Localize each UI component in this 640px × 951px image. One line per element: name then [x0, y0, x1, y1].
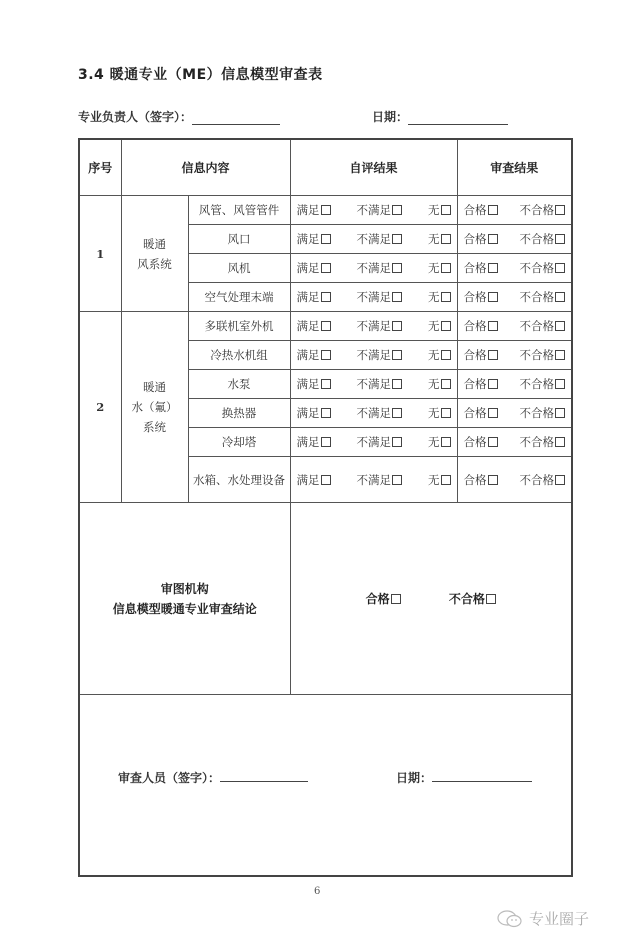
option-label: 合格: [464, 318, 487, 334]
option-label: 满足: [297, 472, 320, 488]
self-eval-option[interactable]: 不满足: [357, 231, 403, 247]
system-name-line: 系统: [122, 417, 188, 437]
review-options: 合格不合格: [457, 341, 572, 370]
header-date-line[interactable]: [408, 112, 508, 125]
option-label: 不合格: [520, 289, 555, 305]
checkbox[interactable]: [441, 350, 451, 360]
item-name: 空气处理末端: [188, 283, 290, 312]
review-option[interactable]: 合格: [464, 434, 498, 450]
review-option[interactable]: 合格: [464, 405, 498, 421]
self-eval-option[interactable]: 不满足: [357, 376, 403, 392]
checkbox[interactable]: [321, 205, 331, 215]
conclusion-label-line1: 审图机构: [80, 579, 290, 599]
checkbox[interactable]: [392, 408, 402, 418]
self-eval-option[interactable]: 不满足: [357, 289, 403, 305]
conclusion-fail-option[interactable]: 不合格: [449, 590, 496, 607]
signature-cell: 审查人员（签字）： 日期：: [79, 695, 572, 877]
option-label: 满足: [297, 376, 320, 392]
option-label: 不满足: [357, 202, 392, 218]
self-eval-option[interactable]: 无: [428, 318, 451, 334]
review-option[interactable]: 不合格: [520, 405, 566, 421]
checkbox[interactable]: [392, 379, 402, 389]
checkbox[interactable]: [488, 350, 498, 360]
row-seq: 2: [79, 312, 121, 503]
option-label: 满足: [297, 231, 320, 247]
self-eval-option[interactable]: 不满足: [357, 318, 403, 334]
watermark-text: 专业圈子: [529, 908, 589, 929]
option-label: 不满足: [357, 434, 392, 450]
option-label: 无: [428, 289, 440, 305]
self-eval-option[interactable]: 无: [428, 376, 451, 392]
conclusion-row: 审图机构 信息模型暖通专业审查结论 合格 不合格: [79, 503, 572, 695]
option-label: 合格: [464, 405, 487, 421]
option-label: 满足: [297, 347, 320, 363]
checkbox[interactable]: [441, 379, 451, 389]
self-eval-option[interactable]: 满足: [297, 472, 331, 488]
self-eval-option[interactable]: 无: [428, 260, 451, 276]
conclusion-label: 审图机构 信息模型暖通专业审查结论: [79, 503, 290, 695]
header-date-label: 日期：: [372, 110, 408, 124]
review-table: 序号 信息内容 自评结果 审查结果 1 暖通 风系统 风管、风管管件满足不满足无…: [78, 138, 573, 877]
checkbox[interactable]: [392, 234, 402, 244]
item-name: 风口: [188, 225, 290, 254]
checkbox[interactable]: [441, 408, 451, 418]
review-option[interactable]: 不合格: [520, 347, 566, 363]
checkbox[interactable]: [441, 234, 451, 244]
checkbox[interactable]: [555, 379, 565, 389]
self-eval-options: 满足不满足无: [290, 399, 457, 428]
checkbox[interactable]: [555, 234, 565, 244]
option-label: 无: [428, 472, 440, 488]
system-name-line: 暖通: [122, 377, 188, 397]
system-name-line: 水（氟）: [122, 397, 188, 417]
checkbox[interactable]: [555, 321, 565, 331]
option-label: 合格: [464, 472, 487, 488]
owner-signature-line[interactable]: [192, 112, 280, 125]
self-eval-option[interactable]: 满足: [297, 347, 331, 363]
review-option[interactable]: 不合格: [520, 289, 566, 305]
option-label: 无: [428, 376, 440, 392]
checkbox[interactable]: [555, 475, 565, 485]
review-option[interactable]: 合格: [464, 289, 498, 305]
self-eval-option[interactable]: 不满足: [357, 434, 403, 450]
option-label: 不合格: [520, 231, 555, 247]
header-content: 信息内容: [121, 139, 290, 196]
self-eval-options: 满足不满足无: [290, 225, 457, 254]
item-name: 冷却塔: [188, 428, 290, 457]
checkbox[interactable]: [441, 205, 451, 215]
reviewer-signature-label: 审查人员（签字）：: [118, 769, 220, 786]
option-label: 无: [428, 405, 440, 421]
review-option[interactable]: 合格: [464, 376, 498, 392]
option-label: 无: [428, 260, 440, 276]
checkbox[interactable]: [321, 292, 331, 302]
option-label: 不合格: [520, 405, 555, 421]
self-eval-option[interactable]: 无: [428, 434, 451, 450]
review-option[interactable]: 不合格: [520, 202, 566, 218]
system-name-line: 暖通: [122, 234, 188, 254]
option-label: 不合格: [520, 472, 555, 488]
checkbox[interactable]: [392, 350, 402, 360]
option-label: 不满足: [357, 318, 392, 334]
self-eval-option[interactable]: 不满足: [357, 405, 403, 421]
header-seq: 序号: [79, 139, 121, 196]
option-label: 不合格: [520, 376, 555, 392]
review-option[interactable]: 不合格: [520, 318, 566, 334]
table-row: 1 暖通 风系统 风管、风管管件满足不满足无合格不合格: [79, 196, 572, 225]
conclusion-options: 合格 不合格: [290, 503, 572, 695]
self-eval-option[interactable]: 满足: [297, 289, 331, 305]
self-eval-options: 满足不满足无: [290, 457, 457, 503]
checkbox[interactable]: [555, 205, 565, 215]
signature-row: 审查人员（签字）： 日期：: [79, 695, 572, 877]
owner-signature-field[interactable]: 专业负责人（签字）：: [78, 108, 280, 125]
review-option[interactable]: 合格: [464, 231, 498, 247]
self-eval-option[interactable]: 无: [428, 347, 451, 363]
table-row: 2 暖通 水（氟） 系统多联机室外机满足不满足无合格不合格: [79, 312, 572, 341]
review-option[interactable]: 合格: [464, 260, 498, 276]
checkbox[interactable]: [486, 594, 496, 604]
self-eval-option[interactable]: 不满足: [357, 260, 403, 276]
option-label: 不满足: [357, 260, 392, 276]
checkbox[interactable]: [441, 321, 451, 331]
option-label: 不合格: [520, 260, 555, 276]
option-label: 不满足: [357, 289, 392, 305]
conclusion-fail-label: 不合格: [449, 590, 485, 607]
review-option[interactable]: 合格: [464, 347, 498, 363]
owner-signature-label: 专业负责人（签字）：: [78, 110, 192, 124]
review-options: 合格不合格: [457, 254, 572, 283]
checkbox[interactable]: [321, 408, 331, 418]
option-label: 合格: [464, 347, 487, 363]
option-label: 不满足: [357, 376, 392, 392]
option-label: 满足: [297, 318, 320, 334]
option-label: 无: [428, 347, 440, 363]
checkbox[interactable]: [488, 475, 498, 485]
self-eval-option[interactable]: 满足: [297, 231, 331, 247]
checkbox[interactable]: [392, 321, 402, 331]
item-name: 水箱、水处理设备: [188, 457, 290, 503]
system-name: 暖通 水（氟） 系统: [121, 312, 188, 503]
option-label: 满足: [297, 434, 320, 450]
checkbox[interactable]: [488, 379, 498, 389]
option-label: 满足: [297, 405, 320, 421]
option-label: 不合格: [520, 318, 555, 334]
option-label: 不合格: [520, 202, 555, 218]
checkbox[interactable]: [441, 437, 451, 447]
review-option[interactable]: 合格: [464, 472, 498, 488]
conclusion-pass-label: 合格: [366, 590, 390, 607]
self-eval-options: 满足不满足无: [290, 312, 457, 341]
review-option[interactable]: 不合格: [520, 434, 566, 450]
review-option[interactable]: 合格: [464, 202, 498, 218]
option-label: 不合格: [520, 434, 555, 450]
checkbox[interactable]: [555, 437, 565, 447]
review-date-label: 日期：: [396, 769, 432, 786]
checkbox[interactable]: [321, 350, 331, 360]
self-eval-option[interactable]: 不满足: [357, 202, 403, 218]
header-date-field[interactable]: 日期：: [372, 108, 508, 125]
item-name: 多联机室外机: [188, 312, 290, 341]
checkbox[interactable]: [555, 408, 565, 418]
item-name: 风机: [188, 254, 290, 283]
option-label: 合格: [464, 202, 487, 218]
self-eval-option[interactable]: 满足: [297, 260, 331, 276]
option-label: 不满足: [357, 472, 392, 488]
checkbox[interactable]: [488, 408, 498, 418]
checkbox[interactable]: [488, 234, 498, 244]
review-option[interactable]: 合格: [464, 318, 498, 334]
checkbox[interactable]: [488, 205, 498, 215]
checkbox[interactable]: [392, 475, 402, 485]
self-eval-options: 满足不满足无: [290, 428, 457, 457]
self-eval-options: 满足不满足无: [290, 196, 457, 225]
checkbox[interactable]: [441, 292, 451, 302]
review-options: 合格不合格: [457, 196, 572, 225]
checkbox[interactable]: [441, 475, 451, 485]
self-eval-options: 满足不满足无: [290, 370, 457, 399]
self-eval-option[interactable]: 满足: [297, 376, 331, 392]
self-eval-option[interactable]: 满足: [297, 202, 331, 218]
self-eval-option[interactable]: 满足: [297, 405, 331, 421]
checkbox[interactable]: [321, 234, 331, 244]
option-label: 不满足: [357, 231, 392, 247]
item-name: 风管、风管管件: [188, 196, 290, 225]
review-options: 合格不合格: [457, 457, 572, 503]
option-label: 不满足: [357, 405, 392, 421]
option-label: 无: [428, 231, 440, 247]
checkbox[interactable]: [555, 292, 565, 302]
checkbox[interactable]: [392, 205, 402, 215]
checkbox[interactable]: [488, 292, 498, 302]
review-options: 合格不合格: [457, 370, 572, 399]
self-eval-option[interactable]: 无: [428, 472, 451, 488]
option-label: 无: [428, 202, 440, 218]
option-label: 无: [428, 434, 440, 450]
item-name: 水泵: [188, 370, 290, 399]
self-eval-option[interactable]: 无: [428, 202, 451, 218]
checkbox[interactable]: [555, 263, 565, 273]
checkbox[interactable]: [392, 263, 402, 273]
self-eval-options: 满足不满足无: [290, 254, 457, 283]
self-eval-option[interactable]: 不满足: [357, 347, 403, 363]
option-label: 无: [428, 318, 440, 334]
checkbox[interactable]: [488, 263, 498, 273]
self-eval-option[interactable]: 满足: [297, 434, 331, 450]
checkbox[interactable]: [321, 475, 331, 485]
option-label: 满足: [297, 289, 320, 305]
checkbox[interactable]: [321, 263, 331, 273]
option-label: 合格: [464, 260, 487, 276]
checkbox[interactable]: [321, 437, 331, 447]
self-eval-option[interactable]: 无: [428, 231, 451, 247]
review-option[interactable]: 不合格: [520, 260, 566, 276]
item-name: 冷热水机组: [188, 341, 290, 370]
option-label: 满足: [297, 202, 320, 218]
option-label: 合格: [464, 231, 487, 247]
option-label: 不合格: [520, 347, 555, 363]
system-name-line: 风系统: [122, 254, 188, 274]
option-label: 合格: [464, 289, 487, 305]
checkbox[interactable]: [488, 321, 498, 331]
checkbox[interactable]: [321, 379, 331, 389]
checkbox[interactable]: [555, 350, 565, 360]
self-eval-options: 满足不满足无: [290, 283, 457, 312]
table-header-row: 序号 信息内容 自评结果 审查结果: [79, 139, 572, 196]
self-eval-option[interactable]: 无: [428, 289, 451, 305]
page-number: 6: [314, 886, 320, 897]
reviewer-signature-line[interactable]: [220, 769, 308, 782]
item-name: 换热器: [188, 399, 290, 428]
review-options: 合格不合格: [457, 225, 572, 254]
review-option[interactable]: 不合格: [520, 472, 566, 488]
row-seq: 1: [79, 196, 121, 312]
self-eval-options: 满足不满足无: [290, 341, 457, 370]
checkbox[interactable]: [392, 292, 402, 302]
conclusion-pass-option[interactable]: 合格: [366, 590, 401, 607]
header-self-eval: 自评结果: [290, 139, 457, 196]
self-eval-option[interactable]: 无: [428, 405, 451, 421]
review-options: 合格不合格: [457, 428, 572, 457]
review-option[interactable]: 不合格: [520, 376, 566, 392]
checkbox[interactable]: [391, 594, 401, 604]
option-label: 满足: [297, 260, 320, 276]
option-label: 合格: [464, 376, 487, 392]
page-title: 3.4 暖通专业（ME）信息模型审查表: [78, 64, 323, 84]
review-options: 合格不合格: [457, 283, 572, 312]
checkbox[interactable]: [441, 263, 451, 273]
checkbox[interactable]: [488, 437, 498, 447]
header-review: 审查结果: [457, 139, 572, 196]
checkbox[interactable]: [392, 437, 402, 447]
watermark: 专业圈子: [497, 908, 589, 929]
self-eval-option[interactable]: 不满足: [357, 472, 403, 488]
conclusion-label-line2: 信息模型暖通专业审查结论: [80, 599, 290, 619]
option-label: 合格: [464, 434, 487, 450]
self-eval-option[interactable]: 满足: [297, 318, 331, 334]
system-name: 暖通 风系统: [121, 196, 188, 312]
review-date-line[interactable]: [432, 769, 532, 782]
checkbox[interactable]: [321, 321, 331, 331]
review-options: 合格不合格: [457, 399, 572, 428]
option-label: 不满足: [357, 347, 392, 363]
wechat-icon: [497, 909, 523, 929]
review-options: 合格不合格: [457, 312, 572, 341]
review-option[interactable]: 不合格: [520, 231, 566, 247]
